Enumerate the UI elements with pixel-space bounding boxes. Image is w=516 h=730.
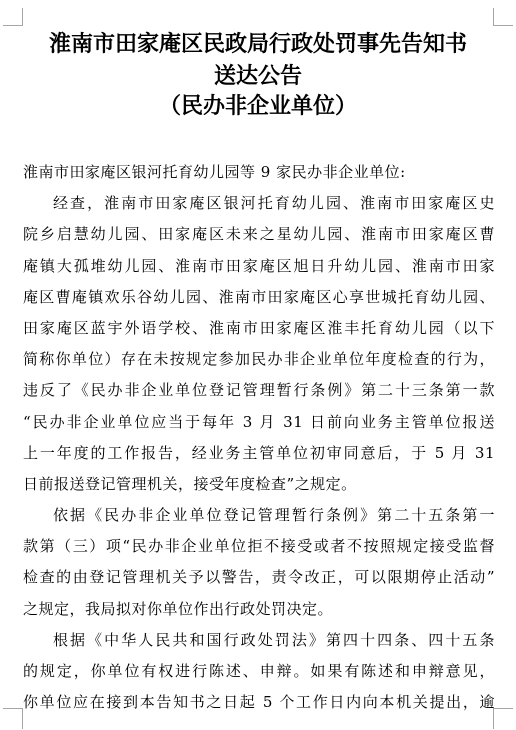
body-line: “民办非企业单位应当于每年 3 月 31 日前向业务主管单位报送 bbox=[23, 407, 495, 438]
page-corner-mark-top-right bbox=[493, 8, 513, 26]
page-corner-mark-top-left bbox=[3, 8, 23, 26]
body-line: 庵区曹庵镇欢乐谷幼儿园、淮南市田家庵区心享世城托育幼儿园、 bbox=[23, 282, 495, 313]
body-line: 简称你单位）存在未按规定参加民办非企业单位年度检查的行为， bbox=[23, 344, 495, 375]
page-corner-mark-bottom-left bbox=[3, 708, 23, 729]
salutation: 淮南市田家庵区银河托育幼儿园等 9 家民办非企业单位: bbox=[23, 157, 495, 188]
body-line: 违反了《民办非企业单位登记管理暂行条例》第二十三条第一款 bbox=[23, 375, 495, 406]
title-line-1: 淮南市田家庵区民政局行政处罚事先告知书 bbox=[0, 28, 516, 60]
body-line: 之规定，我局拟对你单位作出行政处罚决定。 bbox=[23, 594, 495, 625]
body-line: 院乡启慧幼儿园、田家庵区未来之星幼儿园、淮南市田家庵区曹 bbox=[23, 219, 495, 250]
body-line: 日前报送登记管理机关，接受年度检查”之规定。 bbox=[23, 469, 495, 500]
body-line: 检查的由登记管理机关予以警告，责令改正，可以限期停止活动” bbox=[23, 562, 495, 593]
body-line: 田家庵区蓝宇外语学校、淮南市田家庵区淮丰托育幼儿园（以下 bbox=[23, 313, 495, 344]
document-body: 淮南市田家庵区银河托育幼儿园等 9 家民办非企业单位: 经查，淮南市田家庵区银河… bbox=[23, 157, 495, 718]
body-line: 款第（三）项“民办非企业单位拒不接受或者不按照规定接受监督 bbox=[23, 531, 495, 562]
title-line-3: （民办非企业单位） bbox=[0, 90, 516, 122]
body-line: 依据《民办非企业单位登记管理暂行条例》第二十五条第一 bbox=[23, 500, 495, 531]
page-corner-mark-bottom-right bbox=[493, 708, 513, 729]
body-text: 经查，淮南市田家庵区银河托育幼儿园、淮南市田家庵区史院乡启慧幼儿园、田家庵区未来… bbox=[23, 188, 495, 718]
body-line: 上一年度的工作报告，经业务主管单位初审同意后，于 5 月 31 bbox=[23, 438, 495, 469]
body-line: 庵镇大孤堆幼儿园、淮南市田家庵区旭日升幼儿园、淮南市田家 bbox=[23, 251, 495, 282]
body-line: 经查，淮南市田家庵区银河托育幼儿园、淮南市田家庵区史 bbox=[23, 188, 495, 219]
body-line: 的规定，你单位有权进行陈述、申辩。如果有陈述和申辩意见， bbox=[23, 656, 495, 687]
title-line-2: 送达公告 bbox=[0, 60, 516, 92]
body-line: 你单位应在接到本告知书之日起 5 个工作日内向本机关提出，逾 bbox=[23, 687, 495, 718]
body-line: 根据《中华人民共和国行政处罚法》第四十四条、四十五条 bbox=[23, 625, 495, 656]
